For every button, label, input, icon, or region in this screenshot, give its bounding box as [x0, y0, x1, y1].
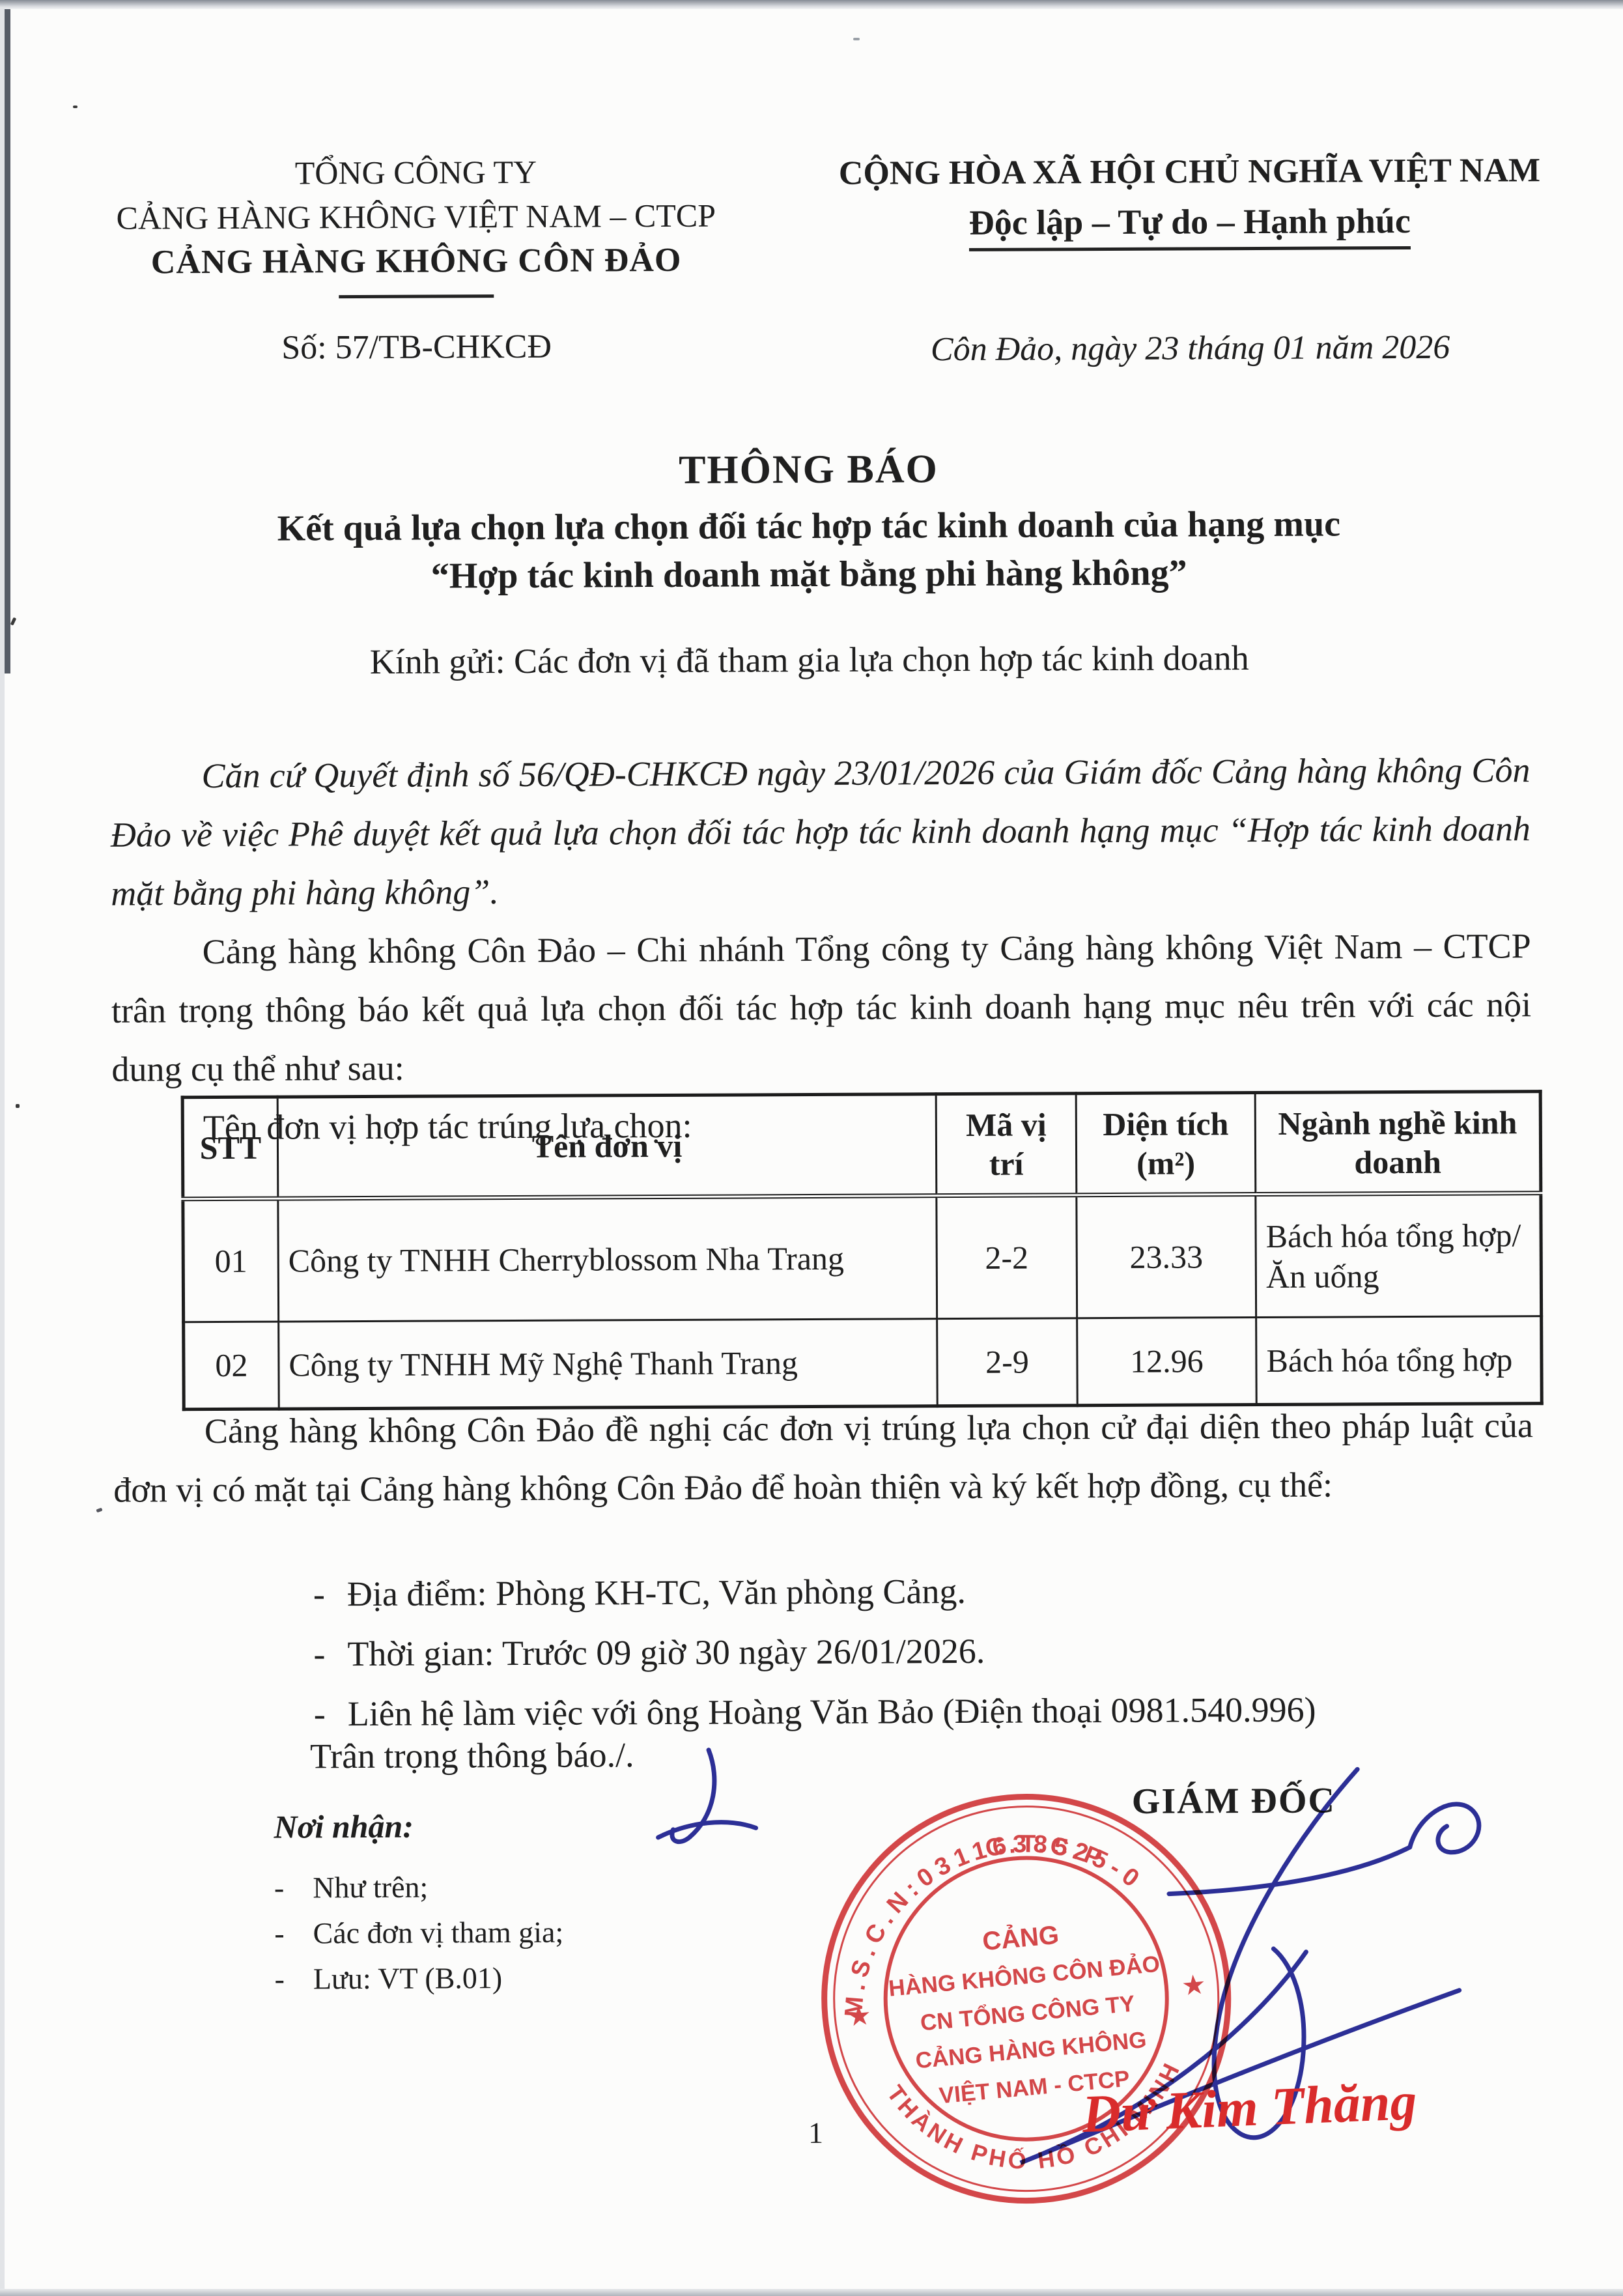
scan-edge-top [0, 0, 1623, 9]
seal-star-left: ★ [845, 2001, 873, 2033]
recipient-item: Các đơn vị tham gia; [274, 1908, 860, 1957]
scanned-document-page: TỔNG CÔNG TY CẢNG HÀNG KHÔNG VIỆT NAM – … [0, 0, 1623, 2296]
motto-line: Độc lập – Tự do – Hạnh phúc [969, 199, 1411, 251]
scan-speck [853, 38, 860, 40]
cell-business-line: Bách hóa tổng hợp/ Ăn uống [1256, 1193, 1542, 1318]
cell-stt: 02 [184, 1322, 279, 1410]
col-header-code: Mã vị trí [936, 1094, 1076, 1196]
scan-edge-left [0, 8, 5, 2296]
cell-business-line: Bách hóa tổng hợp [1256, 1316, 1542, 1405]
table-header-row: STT Tên đơn vị Mã vị trí Diện tích (m²) … [182, 1092, 1541, 1199]
paragraph-request: Cảng hàng không Côn Đảo đề nghị các đơn … [113, 1396, 1534, 1520]
republic-title: CỘNG HÒA XÃ HỘI CHỦ NGHĨA VIỆT NAM [821, 148, 1557, 197]
scan-speck [16, 1104, 20, 1108]
document-number: Số: 57/TB-CHKCĐ [104, 327, 729, 368]
page-number: 1 [776, 2116, 854, 2151]
cell-area: 23.33 [1077, 1195, 1256, 1318]
document-subtitle-1: Kết quả lựa chọn lựa chọn đối tác hợp tá… [0, 499, 1620, 554]
body-block-lower: Cảng hàng không Côn Đảo đề nghị các đơn … [113, 1396, 1534, 1520]
col-header-name: Tên đơn vị [277, 1094, 937, 1198]
issuer-divider-rule [339, 294, 494, 298]
cell-location-code: 2-2 [937, 1195, 1077, 1319]
col-header-stt: STT [182, 1097, 278, 1199]
cell-location-code: 2-9 [937, 1318, 1077, 1406]
cell-company-name: Công ty TNHH Cherryblossom Nha Trang [278, 1196, 937, 1322]
document-subtitle-2: “Hợp tác kinh doanh mặt bằng phi hàng kh… [0, 547, 1620, 602]
detail-time: Thời gian: Trước 09 giờ 30 ngày 26/01/20… [313, 1619, 1551, 1684]
detail-list: Địa điểm: Phòng KH-TC, Văn phòng Cảng. T… [313, 1559, 1551, 1744]
closing-line: Trân trọng thông báo./. [310, 1735, 634, 1776]
table-row: 01 Công ty TNHH Cherryblossom Nha Trang … [183, 1193, 1542, 1322]
recipients-label: Nơi nhận: [274, 1806, 860, 1846]
recipients-block: Nơi nhận: Như trên; Các đơn vị tham gia;… [274, 1806, 860, 2002]
paragraph-legal-basis: Căn cứ Quyết định số 56/QĐ-CHKCĐ ngày 23… [110, 741, 1531, 923]
document-content: TỔNG CÔNG TY CẢNG HÀNG KHÔNG VIỆT NAM – … [0, 0, 1623, 2296]
document-title: THÔNG BÁO [0, 444, 1620, 497]
results-table: STT Tên đơn vị Mã vị trí Diện tích (m²) … [181, 1090, 1544, 1411]
scan-edge-bottom [0, 2289, 1623, 2296]
title-block: THÔNG BÁO Kết quả lựa chọn lựa chọn đối … [0, 444, 1620, 602]
paragraph-announcement: Cảng hàng không Côn Đảo – Chi nhánh Tổng… [111, 916, 1531, 1099]
detail-location: Địa điểm: Phòng KH-TC, Văn phòng Cảng. [313, 1559, 1551, 1624]
salutation-line: Kính gửi: Các đơn vị đã tham gia lựa chọ… [0, 636, 1621, 684]
cell-company-name: Công ty TNHH Mỹ Nghệ Thanh Trang [279, 1319, 938, 1409]
recipient-item: Lưu: VT (B.01) [274, 1954, 860, 2002]
recipient-item: Như trên; [274, 1863, 860, 1911]
col-header-business: Ngành nghề kinh doanh [1255, 1092, 1541, 1195]
col-header-area: Diện tích (m²) [1076, 1093, 1256, 1195]
scan-edge-left-shadow [5, 9, 10, 673]
cell-stt: 01 [183, 1198, 279, 1322]
issuer-parent-org: TỔNG CÔNG TY [103, 149, 728, 196]
issuer-header-block: TỔNG CÔNG TY CẢNG HÀNG KHÔNG VIỆT NAM – … [103, 149, 729, 368]
issuer-corporation: CẢNG HÀNG KHÔNG VIỆT NAM – CTCP [104, 193, 729, 240]
place-date-line: Côn Đảo, ngày 23 tháng 01 năm 2026 [823, 328, 1559, 369]
detail-contact: Liên hệ làm việc với ông Hoàng Văn Bảo (… [314, 1679, 1551, 1744]
scan-speck [73, 106, 78, 108]
cell-area: 12.96 [1077, 1318, 1257, 1406]
national-motto-block: CỘNG HÒA XÃ HỘI CHỦ NGHĨA VIỆT NAM Độc l… [821, 148, 1558, 252]
issuer-unit: CẢNG HÀNG KHÔNG CÔN ĐẢO [104, 238, 729, 286]
table-row: 02 Công ty TNHH Mỹ Nghệ Thanh Trang 2-9 … [184, 1316, 1542, 1410]
